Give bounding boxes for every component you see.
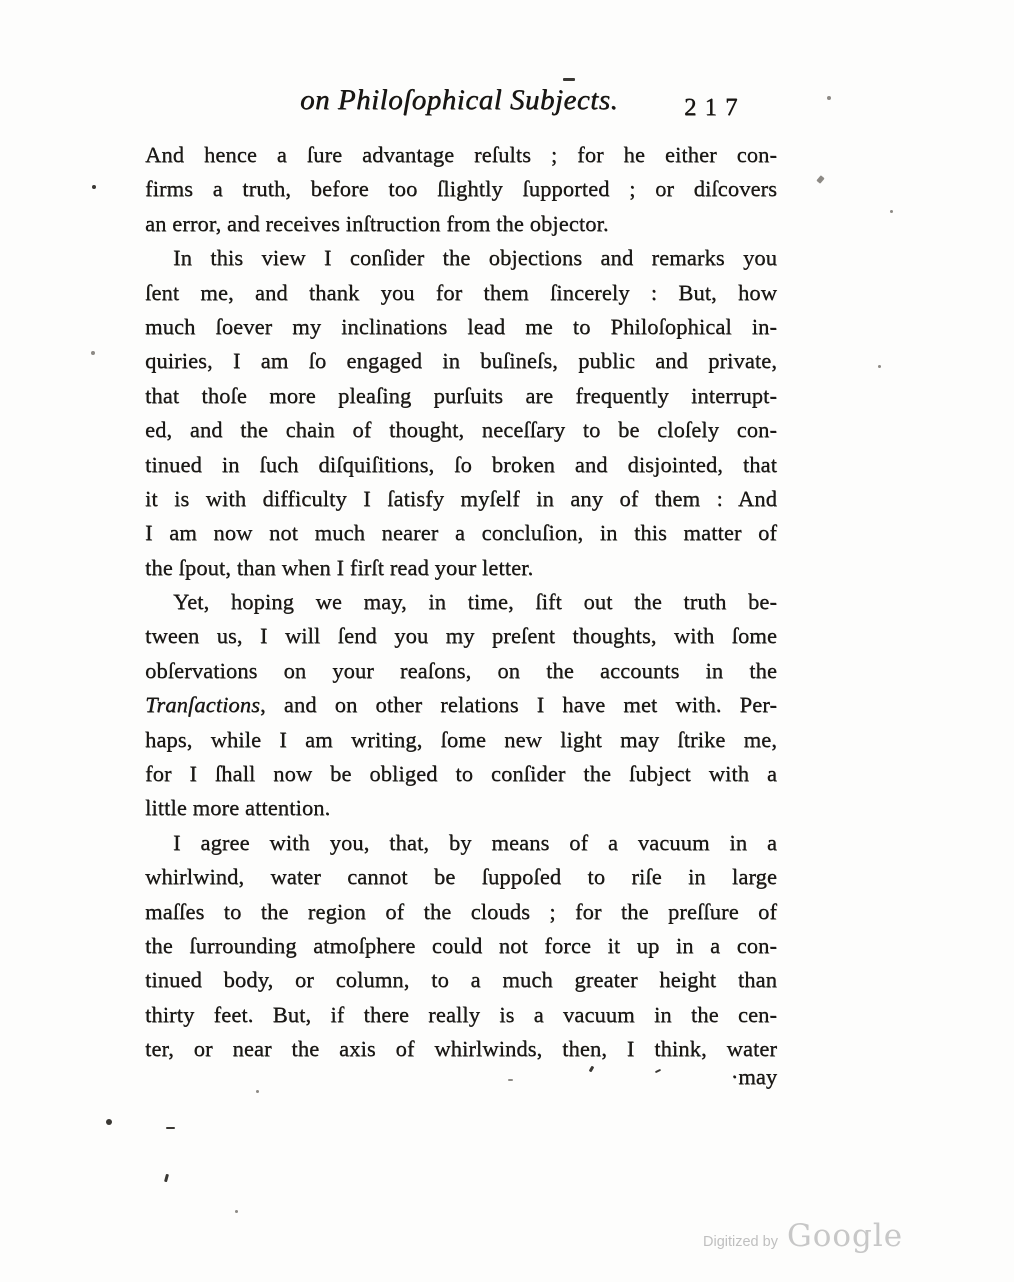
text-line: In this view I conſider the objections a… — [145, 241, 777, 275]
text-segment: I agree with you, that, by means of a va… — [173, 830, 777, 855]
text-line: that thoſe more pleaſing purſuits are fr… — [145, 379, 777, 413]
scan-speck — [106, 1119, 112, 1125]
text-line: for I ſhall now be obliged to conſider t… — [145, 757, 777, 791]
text-segment: ſent me, and thank you for them ſincerel… — [145, 280, 777, 305]
text-line: tinued body, or column, to a much greate… — [145, 963, 777, 997]
text-segment: little more attention. — [145, 795, 330, 820]
scan-speck — [878, 365, 881, 368]
text-line: much ſoever my inclinations lead me to P… — [145, 310, 777, 344]
scan-speck — [92, 185, 96, 189]
text-line: Tranſactions, and on other relations I h… — [145, 688, 777, 722]
catchword: ·may — [145, 1060, 777, 1094]
text-line: And hence a ſure advantage reſults ; for… — [145, 138, 777, 172]
scan-speck — [563, 78, 575, 81]
text-segment: I am now not much nearer a concluſion, i… — [145, 520, 777, 545]
text-line: tinued in ſuch diſquiſitions, ſo broken … — [145, 448, 777, 482]
text-line: obſervations on your reaſons, on the acc… — [145, 654, 777, 688]
text-segment: whirlwind, water cannot be ſuppoſed to r… — [145, 864, 777, 889]
text-segment: the ſpout, than when I firſt read your l… — [145, 555, 533, 580]
text-segment: maſſes to the region of the clouds ; for… — [145, 899, 777, 924]
text-segment: tinued body, or column, to a much greate… — [145, 967, 777, 992]
text-line: haps, while I am writing, ſome new light… — [145, 723, 777, 757]
scan-speck — [816, 175, 824, 184]
text-line: tween us, I will ſend you my preſent tho… — [145, 619, 777, 653]
text-segment: firms a truth, before too ſlightly ſuppo… — [145, 176, 777, 201]
text-segment: the ſurrounding atmoſphere could not for… — [145, 933, 777, 958]
text-line: whirlwind, water cannot be ſuppoſed to r… — [145, 860, 777, 894]
text-segment: an error, and receives inſtruction from … — [145, 211, 609, 236]
google-logo: Google — [787, 1218, 903, 1254]
text-segment: haps, while I am writing, ſome new light… — [145, 727, 777, 752]
text-line: Yet, hoping we may, in time, ſift out th… — [145, 585, 777, 619]
text-segment: thirty feet. But, if there really is a v… — [145, 1002, 777, 1027]
watermark-prefix: Digitized by — [703, 1234, 778, 1250]
text-segment: tween us, I will ſend you my preſent tho… — [145, 623, 777, 648]
text-segment: tinued in ſuch diſquiſitions, ſo broken … — [145, 452, 777, 477]
text-segment: quiries, I am ſo engaged in buſineſs, pu… — [145, 348, 777, 373]
text-line: maſſes to the region of the clouds ; for… — [145, 895, 777, 929]
text-segment: Yet, hoping we may, in time, ſift out th… — [173, 589, 777, 614]
scan-speck — [827, 96, 831, 100]
scan-speck — [164, 1174, 169, 1183]
text-segment: And hence a ſure advantage reſults ; for… — [145, 142, 777, 167]
text-segment: that thoſe more pleaſing purſuits are fr… — [145, 383, 777, 408]
text-segment: ed, and the chain of thought, neceſſary … — [145, 417, 777, 442]
text-line: the ſurrounding atmoſphere could not for… — [145, 929, 777, 963]
text-segment: ter, or near the axis of whirlwinds, the… — [145, 1036, 777, 1061]
text-segment: much ſoever my inclinations lead me to P… — [145, 314, 777, 339]
text-line: ſent me, and thank you for them ſincerel… — [145, 276, 777, 310]
text-segment: In this view I conſider the objections a… — [173, 245, 777, 270]
text-line: I am now not much nearer a concluſion, i… — [145, 516, 777, 550]
italic-text-segment: Tranſactions — [145, 692, 260, 717]
text-line: I agree with you, that, by means of a va… — [145, 826, 777, 860]
text-segment: it is with difficulty I ſatisfy myſelf i… — [145, 486, 777, 511]
text-segment: , and on other relations I have met with… — [260, 692, 777, 717]
text-line: it is with difficulty I ſatisfy myſelf i… — [145, 482, 777, 516]
scan-speck — [256, 1090, 259, 1093]
text-line: the ſpout, than when I firſt read your l… — [145, 551, 777, 585]
book-page-scan: on Philoſophical Subjects. 217 And hence… — [0, 0, 1014, 1282]
text-line: ed, and the chain of thought, neceſſary … — [145, 413, 777, 447]
body-text: And hence a ſure advantage reſults ; for… — [145, 138, 777, 1067]
scan-speck — [91, 351, 95, 355]
text-segment: obſervations on your reaſons, on the acc… — [145, 658, 777, 683]
page-number: 217 — [684, 94, 746, 122]
running-title: on Philoſophical Subjects. — [300, 84, 618, 117]
text-line: an error, and receives inſtruction from … — [145, 207, 777, 241]
scan-speck — [890, 210, 893, 213]
scan-speck — [166, 1127, 175, 1129]
watermark: Digitized by Google — [703, 1218, 903, 1254]
text-line: quiries, I am ſo engaged in buſineſs, pu… — [145, 344, 777, 378]
text-line: thirty feet. But, if there really is a v… — [145, 998, 777, 1032]
text-line: firms a truth, before too ſlightly ſuppo… — [145, 172, 777, 206]
text-line: little more attention. — [145, 791, 777, 825]
scan-speck — [235, 1210, 238, 1213]
scan-speck — [508, 1079, 513, 1081]
text-segment: for I ſhall now be obliged to conſider t… — [145, 761, 777, 786]
